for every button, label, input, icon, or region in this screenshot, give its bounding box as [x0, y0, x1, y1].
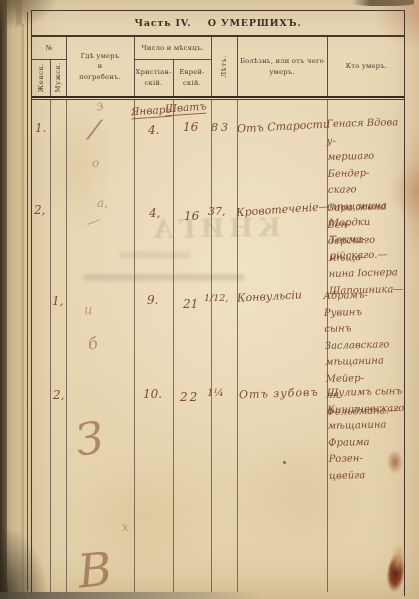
table-column-line — [211, 100, 212, 592]
table-column-line — [134, 100, 135, 592]
entry-date-jewish: 16 — [184, 209, 199, 223]
entry-age: 37, — [208, 205, 226, 218]
header-bottom-double-rule — [32, 96, 404, 100]
entry-date-jewish: 21 — [183, 297, 198, 311]
ink-mark: и — [84, 303, 92, 318]
column-header-where-died: Гдѣ умеръ и погребенъ. — [66, 37, 134, 96]
column-header-male: Мужск. — [50, 59, 66, 96]
entry-date-jewish: 16 — [183, 120, 198, 134]
scanned-register-page: КНИГА Часть IV. О УМЕРШИХЪ. № Женск. Муж… — [0, 0, 419, 599]
table-column-line — [173, 100, 174, 592]
entry-date-christian: 9. — [147, 293, 158, 307]
entry-cause-of-death: Конвульсіи — [237, 288, 303, 304]
header-divider — [237, 37, 238, 96]
column-header-cause-of-death: Болѣзнь, или отъ чего умеръ. — [237, 37, 327, 96]
entry-cause-of-death: Отъ зубовъ — [239, 386, 319, 402]
ink-mark: о — [92, 156, 99, 170]
binding-paper-layer — [15, 24, 24, 599]
header-subdivider — [50, 59, 51, 96]
section-title-row: Часть IV. О УМЕРШИХЪ. — [32, 11, 404, 37]
column-header-number: № — [32, 37, 66, 59]
header-divider — [66, 37, 67, 96]
column-header-date: Число и мѣсяцъ. — [134, 37, 211, 59]
column-header-male-label: Мужск. — [53, 62, 64, 92]
header-divider — [327, 37, 328, 96]
column-header-jewish-date: Еврей- скій. — [173, 59, 211, 96]
entry-number-female: 1. — [35, 121, 46, 135]
ink-mark: В — [75, 541, 114, 598]
entry-deceased-description: Сара жена Бен- дерскаго мѣща- нина Іосне… — [327, 199, 408, 300]
table-column-line — [237, 100, 238, 592]
torn-spot-bottom-right — [379, 540, 413, 599]
header-subdivider — [173, 59, 174, 96]
month-header-jewish: Шватъ — [165, 101, 207, 117]
column-header-age: Лѣтъ. — [211, 37, 237, 96]
entry-date-jewish: 22 — [180, 390, 199, 404]
dark-edge-top-right — [352, 0, 414, 6]
entry-age: 83 — [211, 121, 231, 134]
entry-cause-of-death: Отъ Старости — [237, 118, 331, 136]
column-header-female: Женск. — [32, 59, 50, 96]
header-divider — [211, 37, 212, 96]
table-column-line — [66, 100, 67, 592]
entry-date-christian: 4, — [149, 206, 160, 220]
header-subrule — [134, 59, 211, 60]
entry-number-male: 1, — [52, 294, 63, 308]
column-header-female-label: Женск. — [36, 63, 47, 92]
column-header-age-label: Лѣтъ. — [219, 55, 230, 78]
entry-date-christian: 10. — [143, 387, 162, 401]
ink-mark: х — [122, 520, 129, 534]
page-title: Часть IV. О УМЕРШИХЪ. — [134, 18, 301, 29]
entry-number-female: 2, — [34, 203, 45, 217]
header-divider — [134, 37, 135, 96]
entry-cause-of-death: Кровотеченіе— — [236, 200, 330, 220]
column-header-who-died: Кто умеръ. — [327, 37, 406, 96]
entry-age: 1¼ — [207, 387, 224, 399]
ink-speck — [283, 461, 286, 464]
page-bottom-edge — [0, 592, 262, 599]
paper-stain — [387, 450, 403, 474]
ink-mark: а, — [97, 196, 108, 210]
table-column-line — [50, 100, 51, 592]
header-subrule — [32, 59, 66, 60]
column-header-christian-date: Христіан- скій. — [134, 59, 173, 96]
entry-age: 1/12, — [204, 293, 228, 304]
entry-date-christian: 4. — [148, 123, 159, 137]
entry-number-male: 2, — [53, 388, 64, 402]
table-left-double-rule — [27, 12, 28, 591]
